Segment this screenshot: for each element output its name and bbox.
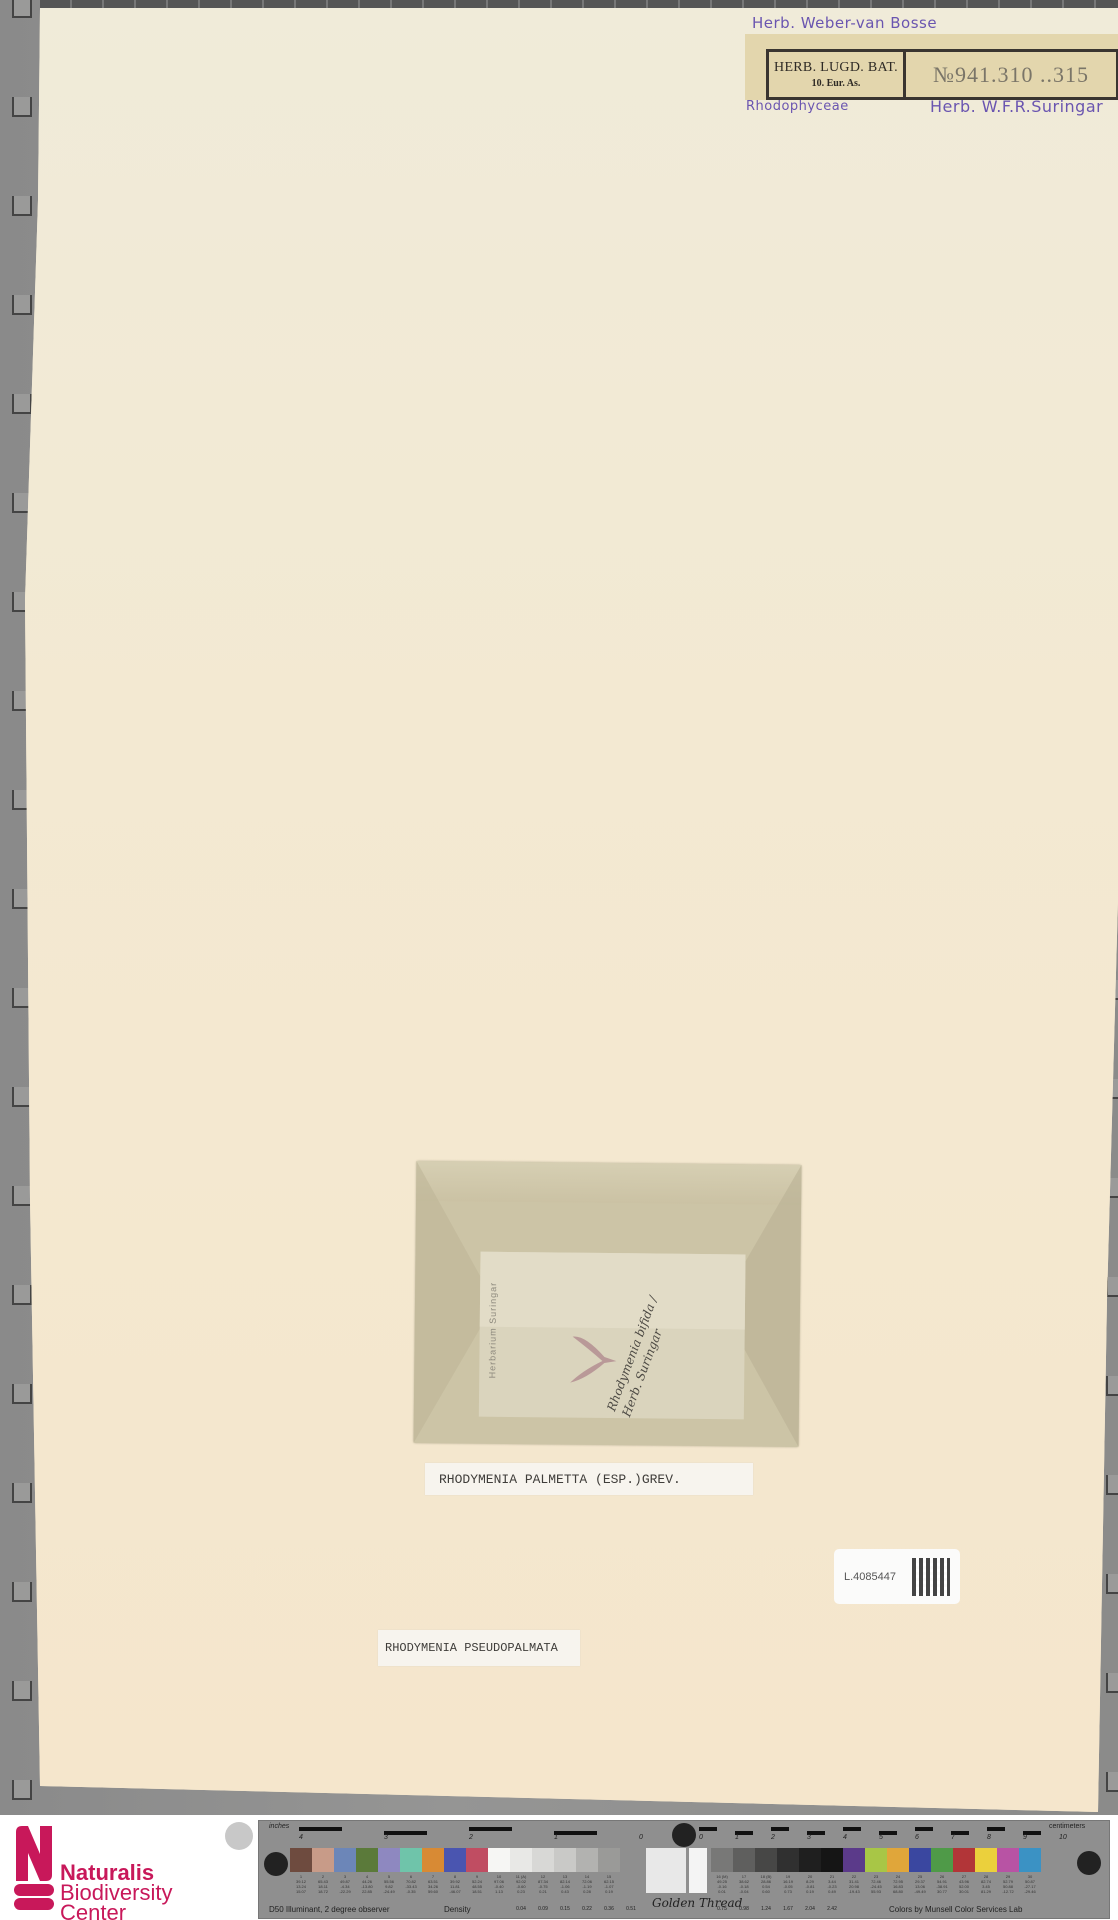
logo-line-3: Center [60,1902,126,1920]
density-value: 0.15 [554,1906,576,1912]
color-patch-3 [334,1848,356,1872]
color-patch-10 [488,1848,510,1872]
determination-label: RHODYMENIA PALMETTA (ESP.)GREV. [425,1463,753,1495]
patch-values: 1738.62-0.18-0.04 [733,1874,755,1894]
patch-values: 1472.06-1.190.28 [576,1874,598,1894]
patch-values: 2372.46-24.4555.93 [865,1874,887,1894]
patch-values: 2743.9652.0030.01 [953,1874,975,1894]
herbarium-sheet [0,0,1118,1815]
illuminant-caption: D50 Illuminant, 2 degree observer [269,1905,390,1914]
specimen-envelope[interactable]: Herbarium Suringar Rhodymenia bifida / H… [414,1161,802,1447]
ruler-notch [12,1681,32,1701]
ruler-mark: 5 [879,1834,883,1841]
ruler-mark: 9 [1023,1834,1027,1841]
ruler-notch [12,1384,32,1404]
density-values-right: 0.750.981.241.672.042.42 [711,1906,843,1912]
ruler-mark: 1 [554,1834,558,1841]
patch-values: 1382.14-1.060.43 [554,1874,576,1894]
ruler-notch [12,1285,32,1305]
density-value: 0.98 [733,1906,755,1912]
color-patch-17 [733,1848,755,1872]
patch-values: 139.1213.2415.07 [290,1874,312,1894]
density-value: 0.51 [620,1906,642,1912]
ruler-mark: 10 [1059,1834,1067,1841]
catalog-number: L.4085447 [844,1571,896,1583]
patch-values: 444.26-13.8022.85 [356,1874,378,1894]
patch-values: 1097.06-0.401.13 [488,1874,510,1894]
density-values-left: 0.040.090.150.220.360.51 [510,1906,642,1912]
patch-values: 16 (M)49.25-0.160.01 [711,1874,733,1894]
herbarium-number: №941.310 ..315 [906,52,1116,97]
naturalis-logo: Naturalis Biodiversity Center [12,1826,142,1906]
ruler-notch [1106,1574,1118,1594]
patch-values: 2654.91-38.9130.77 [931,1874,953,1894]
envelope-inner-label: Herbarium Suringar Rhodymenia bifida / H… [479,1252,746,1420]
patch-values: 18 (B)28.860.540.60 [755,1874,777,1894]
patch-values: 1287.34-0.750.21 [532,1874,554,1894]
color-patch-12 [532,1848,554,1872]
munsell-credit: Colors by Munsell Color Services Lab [889,1905,1022,1914]
patch-values: 763.5134.2659.60 [422,1874,444,1894]
color-patch-4 [356,1848,378,1872]
logo-bar-1 [14,1884,54,1896]
ruler-notch [1106,1376,1118,1396]
ruler-segment [843,1827,861,1831]
color-patch-24 [887,1848,909,1872]
ruler-mark: 8 [987,1834,991,1841]
color-patch-16M [711,1848,733,1872]
patch-values: 265.4318.1118.72 [312,1874,334,1894]
ruler-mark: 3 [384,1834,388,1841]
density-value: 0.04 [510,1906,532,1912]
patch-values: 349.87-4.34-22.29 [334,1874,356,1894]
grey-reference-dot [225,1822,253,1850]
density-value: 2.42 [821,1906,843,1912]
ruler-segment [915,1827,933,1831]
color-patch-2 [312,1848,334,1872]
card-hole-right [1077,1851,1101,1875]
patch-values: 208.29-0.810.19 [799,1874,821,1894]
color-patch-20 [799,1848,821,1872]
density-value: 1.24 [755,1906,777,1912]
color-patch-1 [290,1848,312,1872]
ruler-mark: 1 [735,1834,739,1841]
ruler-notch [12,1483,32,1503]
card-hole-left [264,1852,288,1876]
color-patch-15 [598,1848,620,1872]
ruler-mark: 4 [299,1834,303,1841]
herbarium-section: 10. Eur. As. [812,78,861,89]
inch-ruler: 43210 [299,1827,639,1843]
color-patch-28 [975,1848,997,1872]
color-patch-14 [576,1848,598,1872]
top-ruler-strip [40,0,1118,8]
density-value: 0.75 [711,1906,733,1912]
current-name-label: RHODYMENIA PSEUDOPALMATA [378,1630,580,1666]
ruler-notch [12,1186,32,1206]
ruler-notch [12,196,32,216]
patch-values: 1916.19-0.050.73 [777,1874,799,1894]
ruler-mark: 6 [915,1834,919,1841]
ruler-notch [12,1780,32,1800]
golden-thread-scale [689,1848,707,1893]
color-patch-7 [422,1848,444,1872]
patch-values: 11 (A)92.02-0.600.23 [510,1874,532,1894]
patch-values: 213.44-0.230.49 [821,1874,843,1894]
ruler-notch [1106,1673,1118,1693]
stamp-rhodophyceae: Rhodophyceae [746,99,849,114]
ruler-notch [1106,1277,1118,1297]
envelope-side-stamp: Herbarium Suringar [487,1282,498,1379]
patch-values: 1562.15-1.070.19 [598,1874,620,1894]
patch-values-right: 16 (M)49.25-0.160.011738.62-0.18-0.0418 … [711,1874,1041,1894]
ruler-segment [771,1827,789,1831]
patch-values: 2529.3713.06-49.49 [909,1874,931,1894]
ruler-notch [12,0,32,18]
ruler-mark: 0 [699,1834,703,1841]
inches-label: inches [269,1823,289,1830]
ruler-segment [987,1827,1005,1831]
herbarium-institution-cell: HERB. LUGD. BAT. 10. Eur. As. [769,52,906,97]
color-calibration-card: inches centimeters 43210 012345678910 13… [258,1820,1110,1919]
golden-thread-target [646,1848,686,1893]
color-patch-11A [510,1848,532,1872]
patch-values: 670.82-33.43-0.35 [400,1874,422,1894]
logo-bar-2 [14,1898,54,1910]
current-name-text: RHODYMENIA PSEUDOPALMATA [385,1641,558,1655]
ruler-segment [699,1827,717,1831]
herbarium-label: HERB. LUGD. BAT. 10. Eur. As. №941.310 .… [766,49,1118,100]
density-value: 0.36 [598,1906,620,1912]
ruler-notch [12,1087,32,1107]
patch-values: 2472.9516.8368.80 [887,1874,909,1894]
patch-values: 2882.743.4581.29 [975,1874,997,1894]
ruler-notch [1106,1772,1118,1792]
catalog-barcode-label: L.4085447 [834,1549,960,1604]
datamatrix-barcode-icon [912,1558,950,1596]
patch-values-left: 139.1213.2415.07265.4318.1118.72349.87-4… [290,1874,620,1894]
stamp-suringar: Herb. W.F.R.Suringar [930,97,1103,116]
ruler-mark: 2 [771,1834,775,1841]
ruler-segment [469,1827,512,1831]
ruler-mark: 4 [843,1834,847,1841]
ruler-segment [554,1831,597,1835]
density-value: 1.67 [777,1906,799,1912]
naturalis-n-icon [14,1826,54,1881]
envelope-inner-fold [480,1252,746,1330]
ruler-notch [12,295,32,315]
centimeter-ruler: 012345678910 [699,1827,1059,1843]
color-patch-22 [843,1848,865,1872]
color-patch-27 [953,1848,975,1872]
color-patch-23 [865,1848,887,1872]
card-hole-center [672,1823,696,1847]
stamp-weber-van-bosse: Herb. Weber-van Bosse [752,14,937,32]
density-value: 0.22 [576,1906,598,1912]
patch-values: 555.569.82-24.49 [378,1874,400,1894]
color-patch-9 [466,1848,488,1872]
ruler-mark: 0 [639,1834,643,1841]
herbarium-institution: HERB. LUGD. BAT. [774,60,898,76]
density-value: 2.04 [799,1906,821,1912]
color-patch-30 [1019,1848,1041,1872]
patch-values: 2952.7950.88-12.72 [997,1874,1019,1894]
patch-values: 952.2448.5518.51 [466,1874,488,1894]
density-value: 0.09 [532,1906,554,1912]
color-patches-left [290,1848,620,1872]
ruler-mark: 7 [951,1834,955,1841]
ruler-segment [384,1831,427,1835]
ruler-mark: 2 [469,1834,473,1841]
ruler-notch [12,1582,32,1602]
color-patch-29 [997,1848,1019,1872]
ruler-mark: 3 [807,1834,811,1841]
color-patch-19 [777,1848,799,1872]
ruler-notch [12,97,32,117]
color-patch-13 [554,1848,576,1872]
patch-values: 839.9211.81-46.07 [444,1874,466,1894]
color-patch-26 [931,1848,953,1872]
color-patch-21 [821,1848,843,1872]
color-patches-right [711,1848,1041,1872]
ruler-notch [1106,1475,1118,1495]
color-patch-5 [378,1848,400,1872]
color-patch-6 [400,1848,422,1872]
ruler-notch [12,394,32,414]
color-patch-8 [444,1848,466,1872]
patch-values: 2231.4120.98-19.43 [843,1874,865,1894]
color-patch-25 [909,1848,931,1872]
color-patch-18B [755,1848,777,1872]
ruler-segment [299,1827,342,1831]
density-label: Density [444,1905,471,1914]
determination-text: RHODYMENIA PALMETTA (ESP.)GREV. [439,1472,681,1487]
patch-values: 3050.87-27.17-29.46 [1019,1874,1041,1894]
